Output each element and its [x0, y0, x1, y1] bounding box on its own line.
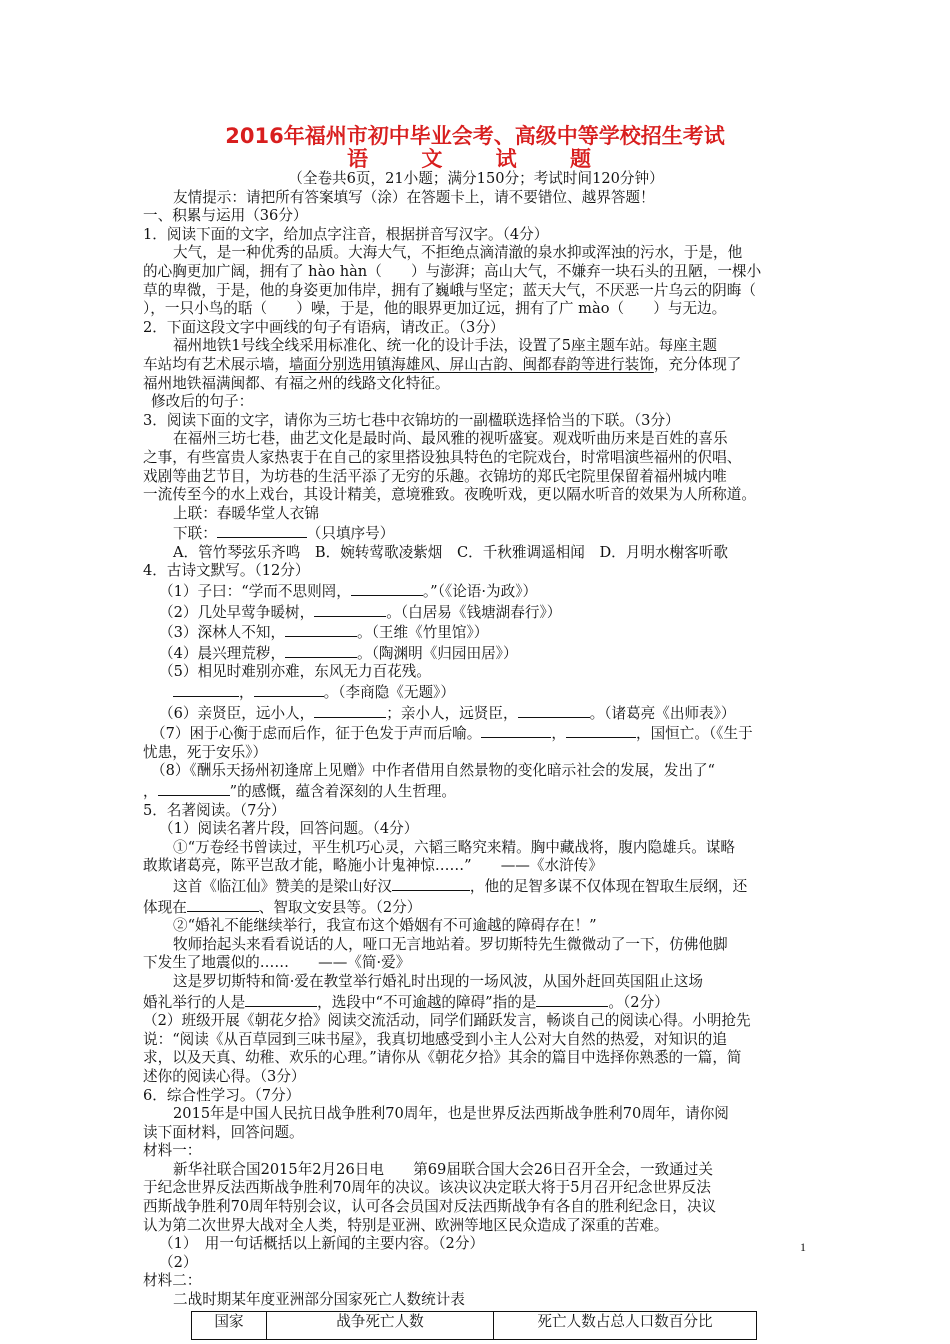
q5-question-text: ，他的足智多谋不仅体现在智取生辰纲，还	[470, 878, 747, 895]
q5-question-text: 婚礼举行的人是	[143, 994, 245, 1011]
q4-item: （1）子曰：“学而不思则罔，。”（《论语·为政》）	[143, 581, 809, 602]
q4-item: （8）《酬乐天扬州初逢席上见赠》中作者借用自然景物的变化暗示社会的发展，发出了“	[143, 762, 809, 781]
q2-line: 车站均有艺术展示墙，墙面分别选用镇海雄风、屏山古韵、闽都春韵等进行装饰，充分体现…	[143, 356, 809, 375]
exam-page: 2016年福州市初中毕业会考、高级中等学校招生考试 语 文 试 题 （全卷共6页…	[143, 124, 809, 1340]
q5-question: 这首《临江仙》赞美的是梁山好汉，他的足智多谋不仅体现在智取生辰纲，还	[143, 876, 809, 897]
exam-meta: （全卷共6页，21小题；满分150分；考试时间120分钟）	[143, 170, 809, 189]
q2-answer-label: 修改后的句子：	[143, 393, 809, 412]
comma: ，	[239, 684, 254, 701]
q4-item-text: ；亲小人，远贤臣，	[386, 705, 517, 722]
q3-line: 戏剧等曲艺节目，为坊巷的生活平添了无穷的乐趣。衣锦坊的郑氏宅院里保留着福州城内唯	[143, 468, 809, 487]
q4-item: （3）深林人不知，。（王维《竹里馆》）	[143, 622, 809, 643]
q3-lower-note: （只填序号）	[307, 525, 395, 542]
q5-sub2: 述你的阅读心得。（3分）	[143, 1068, 809, 1087]
q3-prompt: 3．阅读下面的文字，请你为三坊七巷中衣锦坊的一副楹联选择恰当的下联。（3分）	[143, 412, 809, 431]
q2-line-post: ，充分体现了	[654, 356, 742, 373]
q4-item: （5）相见时难别亦难，东风无力百花残。	[143, 663, 809, 682]
q5-passage: ②“婚礼不能继续举行，我宣布这个婚姻有不可逾越的障碍存在！”	[143, 917, 809, 936]
table-header-row: 国家 战争死亡人数 死亡人数占总人口数百分比	[192, 1311, 757, 1339]
q3-answer-blank[interactable]	[217, 523, 307, 538]
q4-blank[interactable]	[566, 723, 636, 738]
q4-blank[interactable]	[351, 581, 423, 596]
q6-material2-label: 材料二：	[143, 1272, 809, 1291]
q4-item-source: 。（王维《竹里馆》）	[357, 624, 488, 641]
q5-sub2: 说：“阅读《从百草园到三味书屋》，我真切地感受到小主人公对大自然的热爱，对知识的…	[143, 1031, 809, 1050]
q4-blank[interactable]	[254, 682, 324, 697]
exam-subtitle: 语 文 试 题	[143, 148, 809, 170]
q5-blank[interactable]	[536, 992, 608, 1007]
q6-prompt: 6．综合性学习。（7分）	[143, 1087, 809, 1106]
q4-item-source: 。（陶渊明《归园田居》）	[357, 645, 518, 662]
q5-question-text: 这首《临江仙》赞美的是梁山好汉	[173, 878, 392, 895]
q4-item-text: ”的感慨，蕴含着深刻的人生哲理。	[230, 783, 456, 800]
q4-blank[interactable]	[285, 622, 357, 637]
q4-blank[interactable]	[173, 682, 239, 697]
q6-sub1: （1） 用一句话概括以上新闻的主要内容。（2分）	[143, 1235, 809, 1254]
q4-blank[interactable]	[285, 643, 357, 658]
q3-line: 一流传至今的水上戏台，其设计精美，意境雅致。夜晚听戏，更以隔水听音的效果为人所称…	[143, 486, 809, 505]
q5-question-text: ，选段中“不可逾越的障碍”指的是	[317, 994, 536, 1011]
q2-line-pre: 车站均有艺术展示墙，	[143, 356, 289, 373]
q4-item-text: （4）晨兴理荒秽，	[159, 645, 285, 662]
exam-title: 2016年福州市初中毕业会考、高级中等学校招生考试	[141, 124, 809, 148]
q6-intro: 读下面材料，回答问题。	[143, 1124, 809, 1143]
table-header-cell: 死亡人数占总人口数百分比	[494, 1311, 757, 1339]
q5-prompt: 5．名著阅读。（7分）	[143, 802, 809, 821]
q4-item-continued: 忧患，死于安乐》）	[143, 744, 809, 763]
q5-question-text: 体现在	[143, 899, 187, 916]
q6-material1-text: 于纪念世界反法西斯战争胜利70周年的决议。该决议决定联大将于5月召开纪念世界反法	[143, 1179, 809, 1198]
table-caption: 二战时期某年度亚洲部分国家死亡人数统计表	[143, 1291, 809, 1310]
q5-question-text: 、智取文安县等。（2分）	[259, 899, 422, 916]
q1-line: 的心胸更加广阔，拥有了 hào hàn（ ）与澎湃；高山大气，不嫌弃一块石头的丑…	[143, 263, 809, 282]
q5-blank[interactable]	[245, 992, 317, 1007]
q4-item-text: （7）困于心衡于虑而后作，征于色发于声而后喻。	[151, 725, 481, 742]
q2-line: 福州地铁福满闽都、有福之州的线路文化特征。	[143, 375, 809, 394]
q4-blank[interactable]	[518, 703, 590, 718]
q5-passage: 牧师抬起头来看看说话的人，哑口无言地站着。罗切斯特先生微微动了一下，仿佛他脚	[143, 936, 809, 955]
q3-lower-label: 下联：	[173, 525, 217, 542]
q4-prompt: 4．古诗文默写。（12分）	[143, 562, 809, 581]
q6-material1-text: 西斯战争胜利70周年特别会议，认可各会员国对反法西斯战争有各自的胜利纪念日，决议	[143, 1198, 809, 1217]
q1-line: ），一只小鸟的聒（ ）噪，于是，他的眼界更加辽远，拥有了广 mào（ ）与无边。	[143, 300, 809, 319]
section-heading: 一、积累与运用（36分）	[143, 207, 809, 226]
q6-material1-label: 材料一：	[143, 1142, 809, 1161]
q5-sub2: （2）班级开展《朝花夕拾》阅读交流活动，同学们踊跃发言，畅谈自己的阅读心得。小明…	[143, 1012, 809, 1031]
q4-item-text: （1）子曰：“学而不思则罔，	[159, 583, 351, 600]
q4-blank[interactable]	[481, 723, 551, 738]
q4-item-source: ，国恒亡。（《生于	[636, 725, 753, 742]
q5-question-text: 。（2分）	[608, 994, 668, 1011]
q1-line: 大气，是一种优秀的品质。大海大气，不拒绝点滴清澈的泉水抑或浑浊的污水，于是，他	[143, 244, 809, 263]
q1-line: 草的卑微，于是，他的身姿更加伟岸，拥有了巍峨与坚定；蓝天大气，不厌恶一片乌云的阴…	[143, 282, 809, 301]
q4-item-continued: ，”的感慨，蕴含着深刻的人生哲理。	[143, 781, 809, 802]
q2-prompt: 2．下面这段文字中画线的句子有语病，请改正。（3分）	[143, 319, 809, 338]
q6-material1-text: 新华社联合国2015年2月26日电 第69届联合国大会26日召开全会，一致通过关	[143, 1161, 809, 1180]
q6-material1-text: 认为第二次世界大战对全人类，特别是亚洲、欧洲等地区民众造成了深重的苦难。	[143, 1217, 809, 1236]
q4-item-source: 。（李商隐《无题》）	[324, 684, 455, 701]
q3-lower-couplet: 下联：（只填序号）	[143, 523, 809, 544]
q4-item-source: 。”（《论语·为政》）	[423, 583, 537, 600]
q4-item-text: （3）深林人不知，	[159, 624, 285, 641]
death-stat-table: 国家 战争死亡人数 死亡人数占总人口数百分比	[191, 1311, 757, 1340]
q2-underlined-sentence: 墙面分别选用镇海雄风、屏山古韵、闽都春韵等进行装饰	[289, 356, 654, 373]
q5-sub2: 求，以及天真、幼稚、欢乐的心理。”请你从《朝花夕拾》其余的篇目中选择你熟悉的一篇…	[143, 1049, 809, 1068]
table-header-cell: 国家	[192, 1311, 267, 1339]
q5-question: 婚礼举行的人是，选段中“不可逾越的障碍”指的是。（2分）	[143, 992, 809, 1013]
q6-sub2: （2）	[143, 1254, 809, 1273]
q4-item-text: （2）几处早莺争暖树，	[159, 604, 314, 621]
q1-prompt: 1．阅读下面的文字，给加点字注音，根据拼音写汉字。（4分）	[143, 226, 809, 245]
page-number: 1	[800, 1240, 806, 1255]
q5-question: 体现在、智取文安县等。（2分）	[143, 897, 809, 918]
q4-blank[interactable]	[158, 781, 230, 796]
q5-passage: 敢欺诸葛亮，陈平岂敌才能，略施小计鬼神惊……” ——《水浒传》	[143, 857, 809, 876]
comma: ，	[551, 725, 566, 742]
q4-item-source: 。（诸葛亮《出师表》）	[590, 705, 736, 722]
table-header-cell: 战争死亡人数	[267, 1311, 494, 1339]
q4-item5-answer: ，。（李商隐《无题》）	[143, 682, 809, 703]
q3-line: 之事，有些富贵人家热衷于在自己的家里搭设独具特色的宅院戏台，时常唱演些福州的伬唱…	[143, 449, 809, 468]
q3-line: 在福州三坊七巷，曲艺文化是最时尚、最风雅的视听盛宴。观戏听曲历来是百姓的喜乐	[143, 430, 809, 449]
exam-tip: 友情提示：请把所有答案填写（涂）在答题卡上，请不要错位、越界答题！	[143, 189, 809, 208]
q3-options: A．管竹琴弦乐齐鸣 B．婉转莺歌凌紫烟 C．千秋雅调遥相闻 D．月明水榭客听歌	[143, 544, 809, 563]
q4-item: （7）困于心衡于虑而后作，征于色发于声而后喻。，，国恒亡。（《生于	[143, 723, 809, 744]
q5-blank[interactable]	[187, 897, 259, 912]
q4-blank[interactable]	[314, 602, 386, 617]
q2-line: 福州地铁1号线全线采用标准化、统一化的设计手法，设置了5座主题车站。每座主题	[143, 337, 809, 356]
q4-item: （4）晨兴理荒秽，。（陶渊明《归园田居》）	[143, 643, 809, 664]
comma: ，	[143, 783, 158, 800]
q4-item-source: 。（白居易《钱塘湖春行》）	[386, 604, 561, 621]
q6-intro: 2015年是中国人民抗日战争胜利70周年，也是世界反法西斯战争胜利70周年，请你…	[143, 1105, 809, 1124]
q5-passage: 下发生了地震似的…… ——《简·爱》	[143, 954, 809, 973]
q5-blank[interactable]	[392, 876, 470, 891]
q5-question: 这是罗切斯特和简·爱在教堂举行婚礼时出现的一场风波，从国外赶回英国阻止这场	[143, 973, 809, 992]
q4-blank[interactable]	[314, 703, 386, 718]
q5-sub1: （1）阅读名著片段，回答问题。（4分）	[143, 820, 809, 839]
q4-item: （6）亲贤臣，远小人，；亲小人，远贤臣，。（诸葛亮《出师表》）	[143, 703, 809, 724]
q4-item-text: （6）亲贤臣，远小人，	[159, 705, 314, 722]
q4-item: （2）几处早莺争暖树，。（白居易《钱塘湖春行》）	[143, 602, 809, 623]
q3-upper-couplet: 上联：春暖华堂人衣锦	[143, 505, 809, 524]
q5-passage: ①“万卷经书曾读过，平生机巧心灵，六韬三略究来精。胸中藏战将，腹内隐雄兵。谋略	[143, 839, 809, 858]
